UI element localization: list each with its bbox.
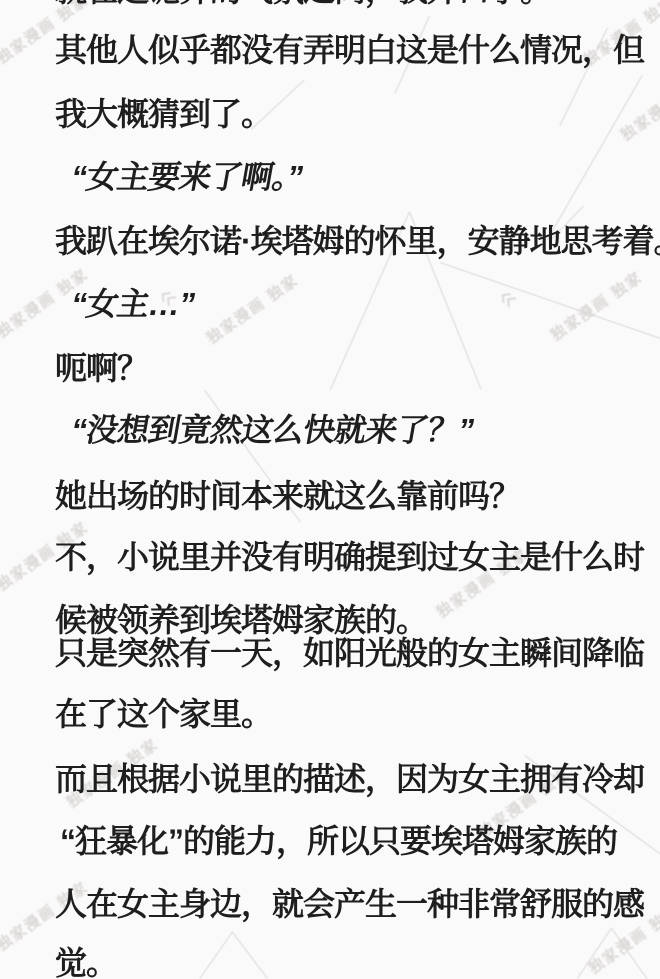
narration-text-line: 不，小说里并没有明确提到过女主是什么时 [55,537,644,577]
narration-text-line: 其他人似乎都没有弄明白这是什么情况，但 [55,30,644,70]
narration-text-line: “狂暴化”的能力，所以只要埃塔姆家族的 [60,821,617,861]
narration-text-line: 她出场的时间本来就这么靠前吗？ [55,476,520,516]
text-layer: 就在这诡异的气氛之间，我开口了。其他人似乎都没有弄明白这是什么情况，但我大概猜到… [0,0,660,979]
dialogue-text-line: “没想到竟然这么快就来了？” [68,410,477,450]
dialogue-text-line: “女主要来了啊。” [68,157,306,197]
novel-reader-page[interactable]: 独家漫画 独家独家漫画 独家独家漫画 独家独家漫画 独家独家漫画 独家独家漫画 … [0,0,660,979]
narration-text-line: 觉。 [55,943,117,979]
narration-text-line: 而且根据小说里的描述，因为女主拥有冷却 [55,759,644,799]
narration-text-line: 只是突然有一天，如阳光般的女主瞬间降临 [55,633,644,673]
narration-text-line: 在了这个家里。 [55,694,272,734]
dialogue-text-line: “女主…” [68,284,198,324]
narration-text-line: 人在女主身边，就会产生一种非常舒服的感 [55,884,644,924]
narration-text-line: 我大概猜到了。 [55,94,272,134]
narration-text-line: 呃啊？ [55,348,148,388]
clipped-top-text-line: 就在这诡异的气氛之间，我开口了。 [55,0,551,10]
narration-text-line: 我趴在埃尔诺·埃塔姆的怀里，安静地思考着。 [55,221,660,261]
